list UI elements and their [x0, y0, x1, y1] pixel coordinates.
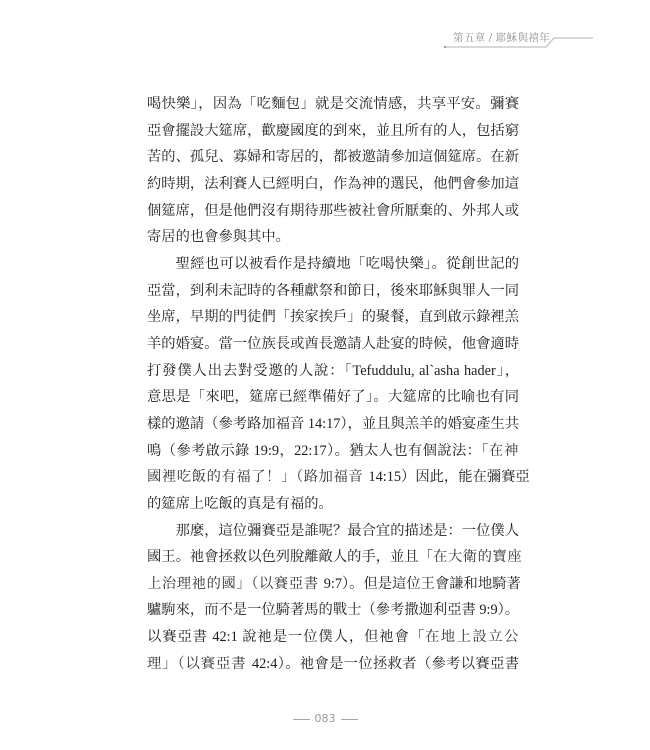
page-number: 083: [315, 712, 336, 725]
text-line: 樣的邀請（參考路加福音 14:17），並且與羔羊的婚宴產生共: [147, 411, 519, 438]
text-line: 上治理祂的國」（以賽亞書 9:7）。但是這位王會謙和地騎著: [147, 571, 519, 598]
quotation-segment: 在大衛的寶座: [433, 549, 522, 565]
chapter-title: 耶穌與禧年: [496, 32, 551, 44]
folio-rule-left: [293, 719, 310, 720]
text-line: 個筵席，但是他們沒有期待那些被社會所厭棄的、外邦人或: [147, 198, 519, 225]
text-segment: 42:4）。祂會是一位拯救者（參考以賽亞書: [252, 656, 519, 672]
text-segment: 意思是「來吧，筵席已經準備好了」。大筵席的比喻也有同: [147, 389, 519, 405]
quotation-segment: 國裡吃飯的有福了！」（路加福音: [147, 469, 368, 485]
paragraph: 那麼，這位彌賽亞是誰呢？最合宜的描述是：一位僕人 國王。祂會拯救以色列脫離敵人的…: [147, 518, 519, 678]
text-line: 意思是「來吧，筵席已經準備好了」。大筵席的比喻也有同: [147, 384, 519, 411]
text-line: 喝快樂」，因為「吃麵包」就是交流情感，共享平安。彌賽: [147, 91, 519, 118]
text-segment: 打發僕人出去對受邀的人說：「Tefuddulu, al`asha hader」，: [147, 363, 519, 379]
text-line: 苦的、孤兒、寡婦和寄居的，都被邀請參加這個筵席。在新: [147, 144, 519, 171]
text-segment: 以賽亞書 42:1 說祂是一位僕人，但祂會「: [147, 629, 425, 645]
book-page: 第五章/耶穌與禧年 喝快樂」，因為「吃麵包」就是交流情感，共享平安。彌賽 亞會擺…: [0, 0, 650, 750]
text-segment: 驢駒來，而不是一位騎著馬的戰士（參考撒迦利亞書 9:9）。: [147, 602, 519, 618]
text-line: 國王。祂會拯救以色列脫離敵人的手，並且「在大衛的寶座: [147, 544, 519, 571]
text-line: 驢駒來，而不是一位騎著馬的戰士（參考撒迦利亞書 9:9）。: [147, 597, 519, 624]
text-segment: 鳴（參考啟示錄 19:9，22:17）。猶太人也有個說法：「: [147, 443, 489, 459]
text-segment: 喝快樂」，因為「吃麵包」就是交流情感，共享平安。彌賽: [147, 96, 519, 112]
paragraph: 聖經也可以被看作是持續地「吃喝快樂」。從創世記的 亞當，到利未記時的各種獻祭和節…: [147, 251, 519, 518]
text-line: 約時期，法利賽人已經明白，作為神的選民，他們會參加這: [147, 171, 519, 198]
text-segment: 坐席，早期的門徒們「挨家挨戶」的聚餐，直到啟示錄裡羔: [147, 309, 519, 325]
body-text: 喝快樂」，因為「吃麵包」就是交流情感，共享平安。彌賽 亞會擺設大筵席，歡慶國度的…: [147, 91, 519, 677]
text-segment: 的筵席上吃飯的真是有福的。: [147, 496, 333, 512]
quotation-segment: 理」（以賽亞書: [147, 656, 252, 672]
paragraph: 喝快樂」，因為「吃麵包」就是交流情感，共享平安。彌賽 亞會擺設大筵席，歡慶國度的…: [147, 91, 519, 251]
text-line: 打發僕人出去對受邀的人說：「Tefuddulu, al`asha hader」，: [147, 358, 519, 385]
text-line: 以賽亞書 42:1 說祂是一位僕人，但祂會「在地上設立公: [147, 624, 519, 651]
text-segment: 寄居的也會參與其中。: [147, 229, 290, 245]
running-head: 第五章/耶穌與禧年: [453, 31, 550, 45]
text-segment: 那麼，這位彌賽亞是誰呢？最合宜的描述是：一位僕人: [176, 523, 519, 539]
text-line: 羊的婚宴。當一位族長或酋長邀請人赴宴的時候，他會適時: [147, 331, 519, 358]
text-segment: 14:15）因此，能在彌賽亞: [368, 469, 529, 485]
text-line: 國裡吃飯的有福了！」（路加福音 14:15）因此，能在彌賽亞: [147, 464, 519, 491]
text-line: 鳴（參考啟示錄 19:9，22:17）。猶太人也有個說法：「在神: [147, 438, 519, 465]
text-line: 寄居的也會參與其中。: [147, 224, 519, 251]
text-segment: 亞當，到利未記時的各種獻祭和節日，後來耶穌與罪人一同: [147, 283, 519, 299]
quotation-segment: 上治理祂的國」（以賽亞書: [147, 576, 324, 592]
text-line: 聖經也可以被看作是持續地「吃喝快樂」。從創世記的: [147, 251, 519, 278]
text-segment: 聖經也可以被看作是持續地「吃喝快樂」。從創世記的: [176, 256, 519, 272]
text-segment: 樣的邀請（參考路加福音 14:17），並且與羔羊的婚宴產生共: [147, 416, 519, 432]
text-line: 那麼，這位彌賽亞是誰呢？最合宜的描述是：一位僕人: [147, 518, 519, 545]
text-segment: 約時期，法利賽人已經明白，作為神的選民，他們會參加這: [147, 176, 519, 192]
quotation-segment: 在地上設立公: [425, 629, 519, 645]
text-segment: 國王。祂會拯救以色列脫離敵人的手，並且「: [147, 549, 433, 565]
page-number-footer: 083: [0, 711, 650, 727]
running-head-rule: [0, 0, 650, 60]
text-line: 亞會擺設大筵席，歡慶國度的到來，並且所有的人，包括窮: [147, 118, 519, 145]
text-line: 坐席，早期的門徒們「挨家挨戶」的聚餐，直到啟示錄裡羔: [147, 304, 519, 331]
text-segment: 9:7）。但是這位王會謙和地騎著: [324, 576, 521, 592]
text-segment: 苦的、孤兒、寡婦和寄居的，都被邀請參加這個筵席。在新: [147, 149, 519, 165]
text-segment: 個筵席，但是他們沒有期待那些被社會所厭棄的、外邦人或: [147, 203, 519, 219]
chapter-label: 第五章: [453, 32, 486, 44]
text-line: 理」（以賽亞書 42:4）。祂會是一位拯救者（參考以賽亞書: [147, 651, 519, 678]
text-line: 亞當，到利未記時的各種獻祭和節日，後來耶穌與罪人一同: [147, 278, 519, 305]
text-line: 的筵席上吃飯的真是有福的。: [147, 491, 519, 518]
text-segment: 羊的婚宴。當一位族長或酋長邀請人赴宴的時候，他會適時: [147, 336, 519, 352]
folio-rule-right: [341, 719, 358, 720]
text-segment: 亞會擺設大筵席，歡慶國度的到來，並且所有的人，包括窮: [147, 123, 519, 139]
quotation-segment: 在神: [489, 443, 519, 459]
separator: /: [489, 32, 493, 44]
